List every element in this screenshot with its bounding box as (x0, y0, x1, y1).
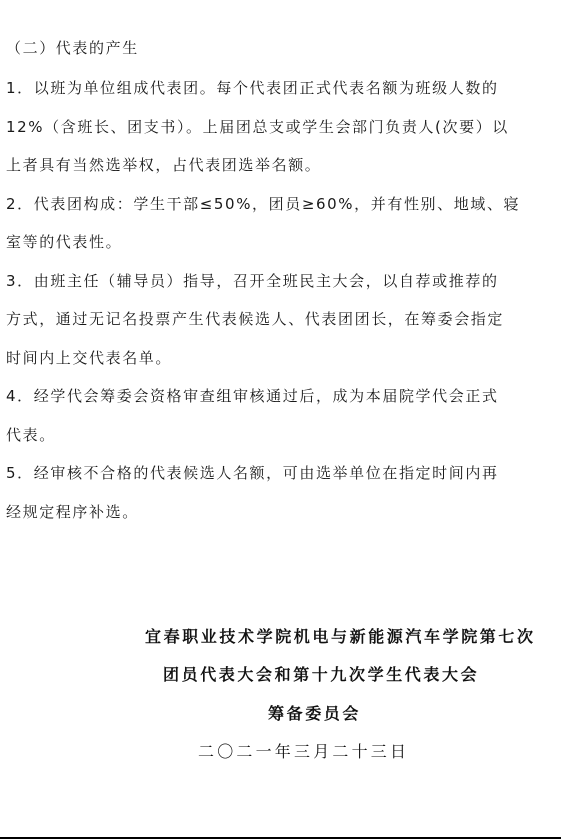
signature-committee: 筹备委员会 (268, 703, 361, 725)
signature-org-line-2: 团员代表大会和第十九次学生代表大会 (163, 664, 479, 686)
paragraph-line: 代表。 (6, 425, 56, 445)
paragraph-line: 5．经审核不合格的代表候选人名额，可由选举单位在指定时间内再 (6, 463, 499, 483)
paragraph-line: 1．以班为单位组成代表团。每个代表团正式代表名额为班级人数的 (6, 78, 499, 98)
document-page: （二）代表的产生 1．以班为单位组成代表团。每个代表团正式代表名额为班级人数的 … (0, 0, 561, 839)
paragraph-line: 室等的代表性。 (6, 232, 122, 252)
paragraph-line: 时间内上交代表名单。 (6, 348, 172, 368)
signature-org-line-1: 宜春职业技术学院机电与新能源汽车学院第七次 (145, 626, 536, 648)
paragraph-line: 2．代表团构成：学生干部≤50%，团员≥60%，并有性别、地域、寝 (6, 194, 520, 214)
paragraph-line: 4．经学代会筹委会资格审查组审核通过后，成为本届院学代会正式 (6, 386, 499, 406)
section-heading: （二）代表的产生 (6, 38, 139, 58)
paragraph-line: 经规定程序补选。 (6, 502, 139, 522)
signature-date: 二〇二一年三月二十三日 (198, 741, 409, 763)
paragraph-line: 12%（含班长、团支书）。上届团总支或学生会部门负责人(次要）以 (6, 117, 509, 137)
paragraph-line: 上者具有当然选举权，占代表团选举名额。 (6, 155, 321, 175)
paragraph-line: 方式，通过无记名投票产生代表候选人、代表团团长，在筹委会指定 (6, 309, 504, 329)
paragraph-line: 3．由班主任（辅导员）指导，召开全班民主大会，以自荐或推荐的 (6, 271, 499, 291)
